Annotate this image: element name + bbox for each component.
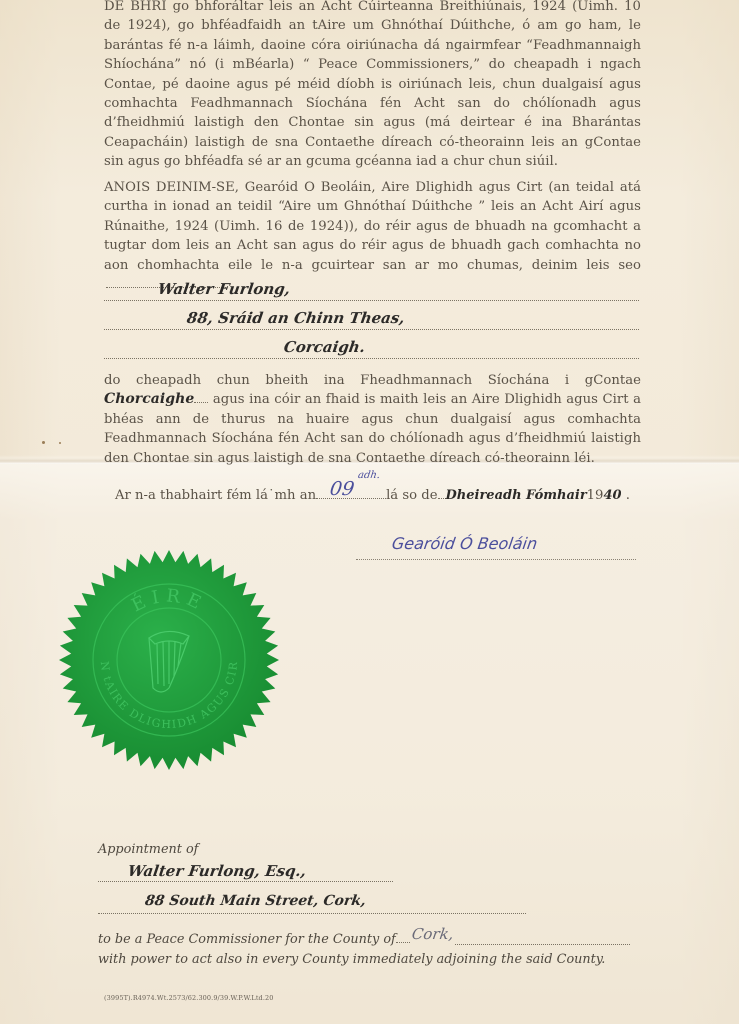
minister-signature: Gearóid Ó Beoláin <box>391 534 539 553</box>
appointment-paragraph: do cheapadh chun bheith ina Fheadhmannac… <box>104 371 641 468</box>
county-line-prefix: to be a Peace Commissioner for the Count… <box>98 932 396 947</box>
preamble-lead: DE BHRI <box>104 0 167 14</box>
month-handwritten: Dheireadh Fómhair <box>446 488 587 503</box>
operative-lead: ANOIS DEINIM-SE, <box>104 180 239 195</box>
day-suffix-handwritten: adh. <box>357 470 381 481</box>
endorsement-power-line: with power to act also in every County i… <box>98 952 605 967</box>
fill-line <box>455 944 630 945</box>
endorsement-county-line: to be a Peace Commissioner for the Count… <box>98 932 410 947</box>
printer-code: (3995T).R4974.Wt.2573/62.300.9/39.W.P.W.… <box>104 994 273 1002</box>
fill-dots <box>194 401 208 403</box>
signature-line <box>356 559 636 560</box>
endorsement-name: Walter Furlong, Esq., <box>127 862 308 880</box>
paper-stain <box>59 442 61 444</box>
year-prefix: 19 <box>587 488 604 503</box>
fill-dots <box>438 497 446 499</box>
government-seal: ÉIRE AN tAIRE DLIGHIDH AGUS CIRT <box>57 548 281 772</box>
appointee-city: Corcaigh. <box>283 338 367 356</box>
operative-paragraph: ANOIS DEINIM-SE, Gearóid O Beoláin, Aire… <box>104 178 641 294</box>
endorsement-county: Cork, <box>411 925 455 943</box>
appointment-text-start: do cheapadh chun bheith ina Fheadhmannac… <box>104 373 641 388</box>
day-handwritten: 09 <box>328 478 355 500</box>
endorsement-address: 88 South Main Street, Cork, <box>144 893 367 909</box>
paper-stain <box>42 441 45 444</box>
dating-line: Ar n-a thabhairt fém lá˙mh anlá so deDhe… <box>115 488 630 503</box>
endorsement-heading: Appointment of <box>98 842 198 857</box>
fill-line <box>98 881 393 882</box>
dating-end: . <box>626 488 630 503</box>
county-handwritten: Chorcaighe <box>104 391 194 407</box>
dating-middle: lá so de <box>386 488 437 503</box>
fill-line <box>104 300 639 301</box>
appointee-name: Walter Furlong, <box>157 280 292 298</box>
fill-line <box>98 913 526 914</box>
fill-line <box>104 358 639 359</box>
year-handwritten: 40 <box>603 488 621 503</box>
fill-line <box>104 329 639 330</box>
dating-prefix: Ar n-a thabhairt fém lá˙mh an <box>115 488 316 503</box>
preamble-text: go bhforáltar leis an Acht Cúirteanna Br… <box>104 0 641 169</box>
fill-dots <box>396 941 410 943</box>
preamble-paragraph: DE BHRI go bhforáltar leis an Acht Cúirt… <box>104 0 641 172</box>
appointee-address: 88, Sráid an Chinn Theas, <box>186 309 406 327</box>
